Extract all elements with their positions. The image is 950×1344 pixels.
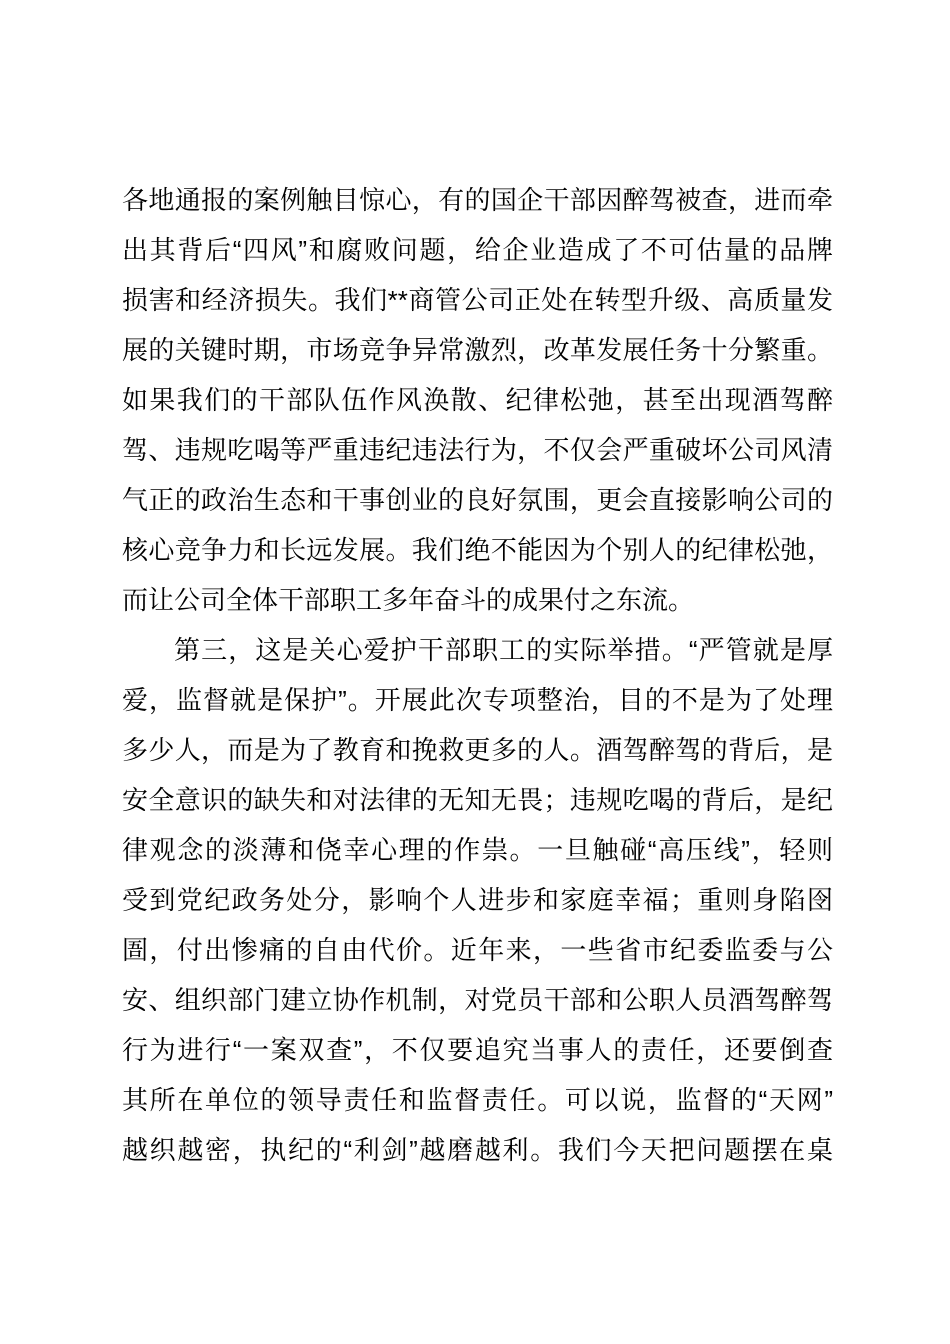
text-line: 其所在单位的领导责任和监督责任。可以说，监督的“天网” bbox=[122, 1075, 833, 1125]
text-line: 核心竞争力和长远发展。我们绝不能因为个别人的纪律松弛， bbox=[122, 525, 833, 575]
text-line: 行为进行“一案双查”，不仅要追究当事人的责任，还要倒查 bbox=[122, 1025, 833, 1075]
text-line: 安全意识的缺失和对法律的无知无畏；违规吃喝的背后，是纪 bbox=[122, 775, 833, 825]
text-line: 出其背后“四风”和腐败问题，给企业造成了不可估量的品牌 bbox=[122, 225, 833, 275]
text-line: 圄，付出惨痛的自由代价。近年来，一些省市纪委监委与公 bbox=[122, 925, 833, 975]
text-line: 各地通报的案例触目惊心，有的国企干部因醉驾被查，进而牵 bbox=[122, 175, 833, 225]
text-line: 律观念的淡薄和侥幸心理的作祟。一旦触碰“高压线”，轻则 bbox=[122, 825, 833, 875]
paragraph: 第三，这是关心爱护干部职工的实际举措。“严管就是厚爱，监督就是保护”。开展此次专… bbox=[122, 625, 833, 1175]
text-line: 损害和经济损失。我们**商管公司正处在转型升级、高质量发 bbox=[122, 275, 833, 325]
text-line: 第三，这是关心爱护干部职工的实际举措。“严管就是厚 bbox=[122, 625, 833, 675]
text-line: 气正的政治生态和干事创业的良好氛围，更会直接影响公司的 bbox=[122, 475, 833, 525]
document-body: 各地通报的案例触目惊心，有的国企干部因醉驾被查，进而牵出其背后“四风”和腐败问题… bbox=[122, 175, 833, 1175]
document-page: 各地通报的案例触目惊心，有的国企干部因醉驾被查，进而牵出其背后“四风”和腐败问题… bbox=[0, 0, 950, 1344]
text-line: 安、组织部门建立协作机制，对党员干部和公职人员酒驾醉驾 bbox=[122, 975, 833, 1025]
text-line: 多少人，而是为了教育和挽救更多的人。酒驾醉驾的背后，是 bbox=[122, 725, 833, 775]
text-line: 受到党纪政务处分，影响个人进步和家庭幸福；重则身陷囹 bbox=[122, 875, 833, 925]
paragraph: 各地通报的案例触目惊心，有的国企干部因醉驾被查，进而牵出其背后“四风”和腐败问题… bbox=[122, 175, 833, 625]
text-line: 如果我们的干部队伍作风涣散、纪律松弛，甚至出现酒驾醉 bbox=[122, 375, 833, 425]
text-line: 驾、违规吃喝等严重违纪违法行为，不仅会严重破坏公司风清 bbox=[122, 425, 833, 475]
text-line: 展的关键时期，市场竞争异常激烈，改革发展任务十分繁重。 bbox=[122, 325, 833, 375]
text-line: 爱，监督就是保护”。开展此次专项整治，目的不是为了处理 bbox=[122, 675, 833, 725]
text-line: 而让公司全体干部职工多年奋斗的成果付之东流。 bbox=[122, 575, 833, 625]
text-line: 越织越密，执纪的“利剑”越磨越利。我们今天把问题摆在桌 bbox=[122, 1125, 833, 1175]
